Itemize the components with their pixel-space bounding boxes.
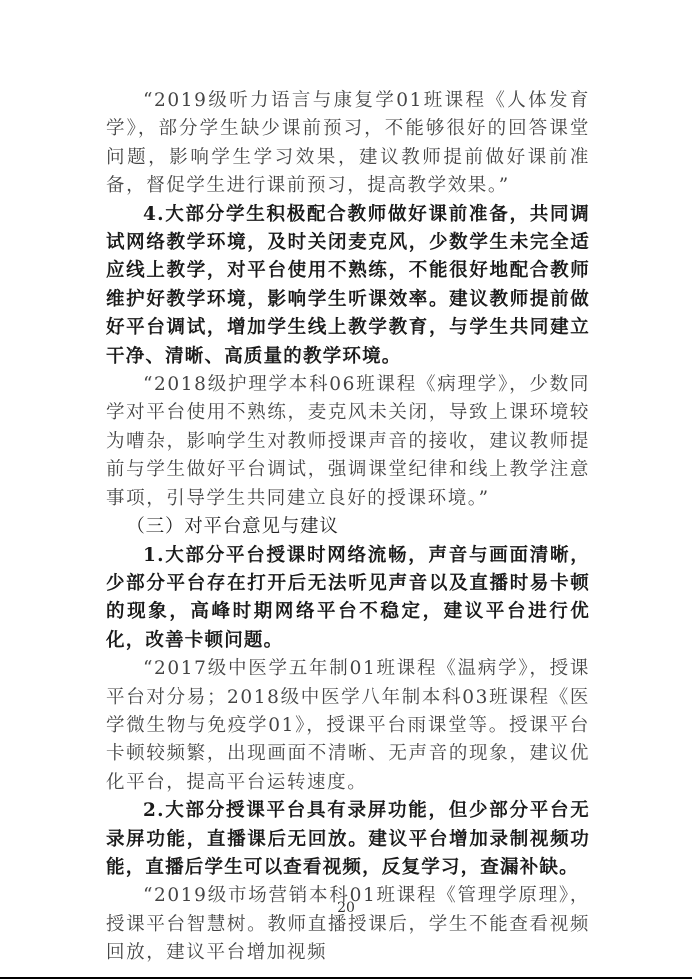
page-number: 20	[0, 900, 692, 916]
page-content: “2019级听力语言与康复学01班课程《人体发育学》，部分学生缺少课前预习，不能…	[106, 87, 590, 968]
quote-paragraph-marketing-management: “2019级市场营销本科01班课程《管理学原理》，授课平台智慧树。教师直播授课后…	[106, 882, 590, 967]
quote-paragraph-nursing-pathology: “2018级护理学本科06班课程《病理学》，少数同学对平台使用不熟练，麦克风未关…	[106, 371, 590, 513]
quote-paragraph-hearing-rehab: “2019级听力语言与康复学01班课程《人体发育学》，部分学生缺少课前预习，不能…	[106, 87, 590, 201]
point-2-screen-recording: 2.大部分授课平台具有录屏功能，但少部分平台无录屏功能，直播课后无回放。建议平台…	[106, 797, 590, 882]
point-4-student-cooperation: 4.大部分学生积极配合教师做好课前准备，共同调试网络教学环境，及时关闭麦克风，少…	[106, 201, 590, 371]
point-1-platform-network: 1.大部分平台授课时网络流畅，声音与画面清晰，少部分平台存在打开后无法听见声音以…	[106, 542, 590, 656]
section-heading-platform-suggestions: （三）对平台意见与建议	[106, 513, 590, 541]
quote-paragraph-tcm-platforms: “2017级中医学五年制01班课程《温病学》，授课平台对分易；2018级中医学八…	[106, 655, 590, 797]
document-page: “2019级听力语言与康复学01班课程《人体发育学》，部分学生缺少课前预习，不能…	[0, 0, 692, 977]
